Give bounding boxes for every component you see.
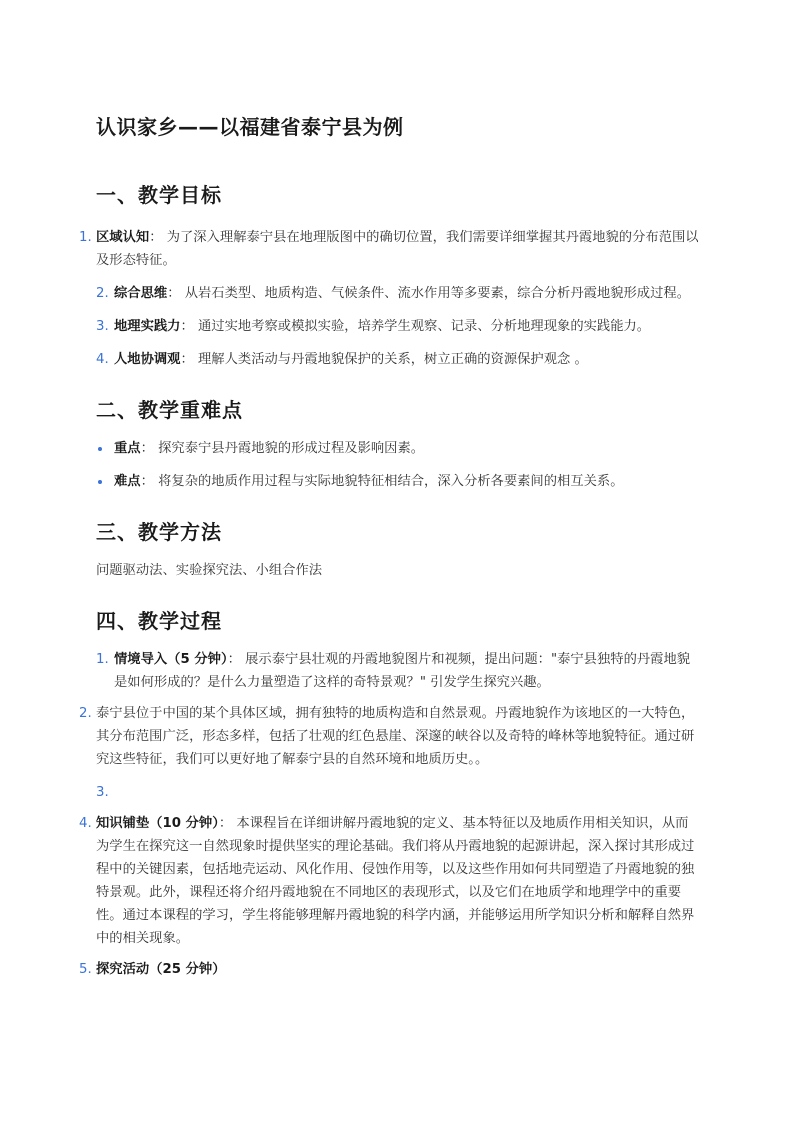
item-separator: ： <box>141 474 154 489</box>
bullet-icon <box>98 447 102 451</box>
list-marker: 2. <box>79 702 92 725</box>
process-item-5: 5. 探究活动（25 分钟） <box>96 958 700 981</box>
item-text: 探究泰宁县丹霞地貌的形成过程及影响因素。 <box>158 441 424 456</box>
section-heading-objectives: 一、教学目标 <box>96 180 700 210</box>
item-label: 难点 <box>114 474 141 489</box>
document-title: 认识家乡——以福建省泰宁县为例 <box>96 112 700 142</box>
objective-item-3: 3. 地理实践力： 通过实地考察或模拟实验，培养学生观察、记录、分析地理现象的实… <box>96 315 700 338</box>
objective-item-1: 1. 区域认知： 为了深入理解泰宁县在地理版图中的确切位置，我们需要详细掌握其丹… <box>96 226 700 272</box>
process-item-2: 2. 泰宁县位于中国的某个具体区域，拥有独特的地质构造和自然景观。丹霞地貌作为该… <box>96 702 700 771</box>
list-marker: 5. <box>79 958 92 981</box>
difficult-point-item: 难点： 将复杂的地质作用过程与实际地貌特征相结合，深入分析各要素间的相互关系。 <box>96 470 700 493</box>
process-item-1: 1. 情境导入（5 分钟）： 展示泰宁县壮观的丹霞地貌图片和视频，提出问题："泰… <box>96 648 700 694</box>
item-text: 通过实地考察或模拟实验，培养学生观察、记录、分析地理现象的实践能力。 <box>198 319 650 334</box>
item-label: 区域认知 <box>96 230 149 245</box>
list-marker: 4. <box>96 348 109 371</box>
methods-text: 问题驱动法、实验探究法、小组合作法 <box>96 559 700 582</box>
item-text: 为了深入理解泰宁县在地理版图中的确切位置，我们需要详细掌握其丹霞地貌的分布范围以… <box>96 230 699 268</box>
list-marker: 1. <box>79 226 92 249</box>
item-label: 地理实践力 <box>114 319 180 334</box>
item-separator: ： <box>228 652 241 667</box>
list-marker: 1. <box>96 648 109 671</box>
list-marker: 2. <box>96 282 109 305</box>
item-text: 泰宁县位于中国的某个具体区域，拥有独特的地质构造和自然景观。丹霞地貌作为该地区的… <box>96 706 694 767</box>
item-separator: ： <box>149 230 162 245</box>
list-marker: 3. <box>96 315 109 338</box>
item-separator: ： <box>141 441 154 456</box>
item-separator: ： <box>167 286 180 301</box>
item-separator: ： <box>180 352 193 367</box>
section-heading-methods: 三、教学方法 <box>96 517 700 547</box>
process-item-3: 3. <box>96 781 700 804</box>
process-item-4: 4. 知识铺垫（10 分钟）： 本课程旨在详细讲解丹霞地貌的定义、基本特征以及地… <box>96 812 700 950</box>
key-point-item: 重点： 探究泰宁县丹霞地貌的形成过程及影响因素。 <box>96 437 700 460</box>
item-separator: ： <box>219 816 232 831</box>
document-page: 认识家乡——以福建省泰宁县为例 一、教学目标 1. 区域认知： 为了深入理解泰宁… <box>96 112 700 981</box>
item-text: 将复杂的地质作用过程与实际地貌特征相结合，深入分析各要素间的相互关系。 <box>158 474 623 489</box>
section-heading-process: 四、教学过程 <box>96 606 700 636</box>
list-marker: 3. <box>96 781 109 804</box>
item-text: 本课程旨在详细讲解丹霞地貌的定义、基本特征以及地质作用相关知识，从而为学生在探究… <box>96 816 694 946</box>
objective-item-4: 4. 人地协调观： 理解人类活动与丹霞地貌保护的关系，树立正确的资源保护观念 。 <box>96 348 700 371</box>
item-text: 理解人类活动与丹霞地貌保护的关系，树立正确的资源保护观念 。 <box>198 352 588 367</box>
item-text: 从岩石类型、地质构造、气候条件、流水作用等多要素，综合分析丹霞地貌形成过程。 <box>185 286 690 301</box>
item-label: 探究活动（25 分钟） <box>96 962 226 977</box>
bullet-icon <box>98 480 102 484</box>
item-label: 人地协调观 <box>114 352 180 367</box>
item-separator: ： <box>180 319 193 334</box>
section-heading-key-points: 二、教学重难点 <box>96 395 700 425</box>
item-label: 综合思维 <box>114 286 167 301</box>
item-label: 知识铺垫（10 分钟） <box>96 816 219 831</box>
list-marker: 4. <box>79 812 92 835</box>
objective-item-2: 2. 综合思维： 从岩石类型、地质构造、气候条件、流水作用等多要素，综合分析丹霞… <box>96 282 700 305</box>
item-label: 重点 <box>114 441 141 456</box>
item-label: 情境导入（5 分钟） <box>114 652 228 667</box>
